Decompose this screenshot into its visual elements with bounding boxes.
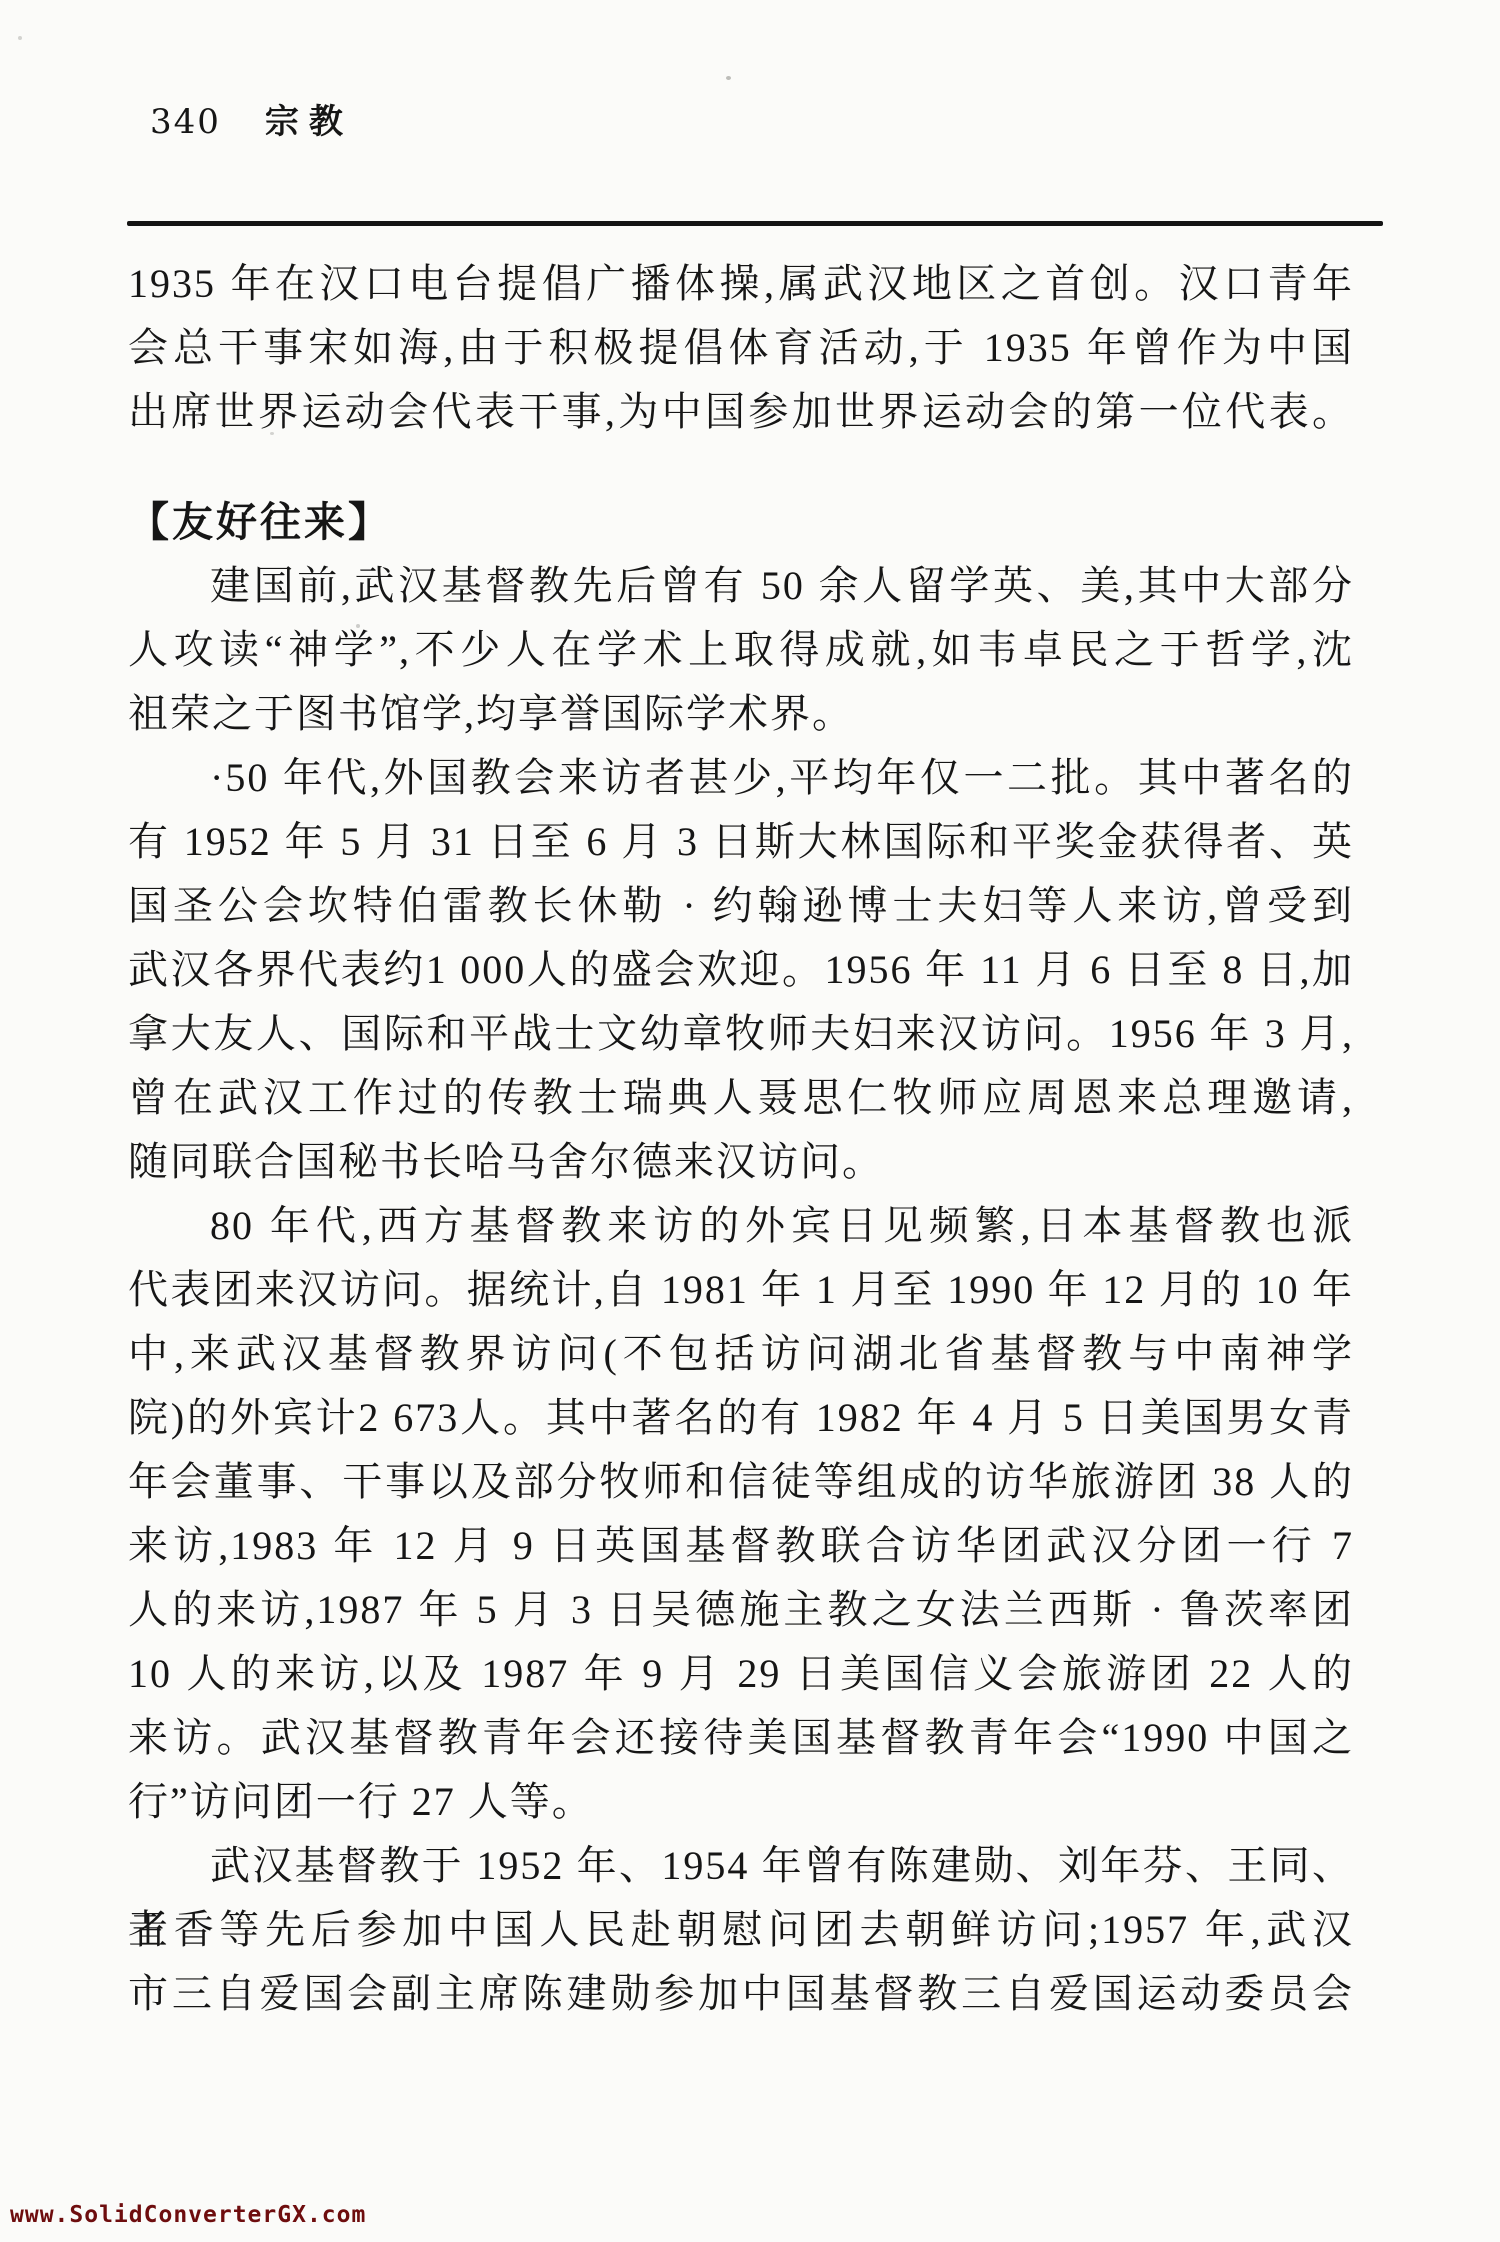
text-line: 武汉各界代表约1 000人的盛会欢迎。1956 年 11 月 6 日至 8 日,… [128,938,1354,1002]
scan-speck [356,624,360,628]
section-heading: 【友好往来】 [128,490,1354,554]
scan-speck [270,432,274,435]
text-line: 建国前,武汉基督教先后曾有 50 余人留学英、美,其中大部分 [128,554,1354,618]
page-number: 340 [150,102,221,142]
text-line: 出席世界运动会代表干事,为中国参加世界运动会的第一位代表。 [128,380,1354,444]
text-line: 武汉基督教于 1952 年、1954 年曾有陈建勋、刘年芬、王同、王 [128,1834,1354,1898]
scan-speck [18,36,22,40]
text-line: ·50 年代,外国教会来访者甚少,平均年仅一二批。其中著名的 [128,746,1354,810]
page-header: 340宗教 [150,94,353,143]
text-line: 随同联合国秘书长哈马舍尔德来汉访问。 [128,1130,1354,1194]
watermark-text: www.SolidConverterGX.com [10,2202,366,2228]
header-rule [127,221,1383,226]
text-line: 来访。武汉基督教青年会还接待美国基督教青年会“1990 中国之 [128,1706,1354,1770]
text-line: 者香等先后参加中国人民赴朝慰问团去朝鲜访问;1957 年,武汉 [128,1898,1354,1962]
text-line: 人攻读“神学”,不少人在学术上取得成就,如韦卓民之于哲学,沈 [128,618,1354,682]
text-line: 市三自爱国会副主席陈建勋参加中国基督教三自爱国运动委员会 [128,1962,1354,2026]
text-line: 10 人的来访,以及 1987 年 9 月 29 日美国信义会旅游团 22 人的 [128,1642,1354,1706]
scan-speck [726,76,731,80]
text-line: 来访,1983 年 12 月 9 日英国基督教联合访华团武汉分团一行 7 [128,1514,1354,1578]
text-line: 80 年代,西方基督教来访的外宾日见频繁,日本基督教也派 [128,1194,1354,1258]
text-line: 行”访问团一行 27 人等。 [128,1770,1354,1834]
text-line: 国圣公会坎特伯雷教长休勒 · 约翰逊博士夫妇等人来访,曾受到 [128,874,1354,938]
text-line: 院)的外宾计2 673人。其中著名的有 1982 年 4 月 5 日美国男女青 [128,1386,1354,1450]
scanned-book-page: 340宗教 1935 年在汉口电台提倡广播体操,属武汉地区之首创。汉口青年会总干… [0,0,1500,2242]
text-line: 年会董事、干事以及部分牧师和信徒等组成的访华旅游团 38 人的 [128,1450,1354,1514]
text-line: 祖荣之于图书馆学,均享誉国际学术界。 [128,682,1354,746]
text-line: 会总干事宋如海,由于积极提倡体育活动,于 1935 年曾作为中国 [128,316,1354,380]
body-text: 1935 年在汉口电台提倡广播体操,属武汉地区之首创。汉口青年会总干事宋如海,由… [128,252,1354,2026]
text-line: 曾在武汉工作过的传教士瑞典人聂思仁牧师应周恩来总理邀请, [128,1066,1354,1130]
text-line: 中,来武汉基督教界访问(不包括访问湖北省基督教与中南神学 [128,1322,1354,1386]
text-line: 拿大友人、国际和平战士文幼章牧师夫妇来汉访问。1956 年 3 月, [128,1002,1354,1066]
running-title: 宗教 [265,104,353,141]
text-line: 1935 年在汉口电台提倡广播体操,属武汉地区之首创。汉口青年 [128,252,1354,316]
text-line: 代表团来汉访问。据统计,自 1981 年 1 月至 1990 年 12 月的 1… [128,1258,1354,1322]
text-line: 人的来访,1987 年 5 月 3 日吴德施主教之女法兰西斯 · 鲁茨率团 [128,1578,1354,1642]
text-line: 有 1952 年 5 月 31 日至 6 月 3 日斯大林国际和平奖金获得者、英 [128,810,1354,874]
